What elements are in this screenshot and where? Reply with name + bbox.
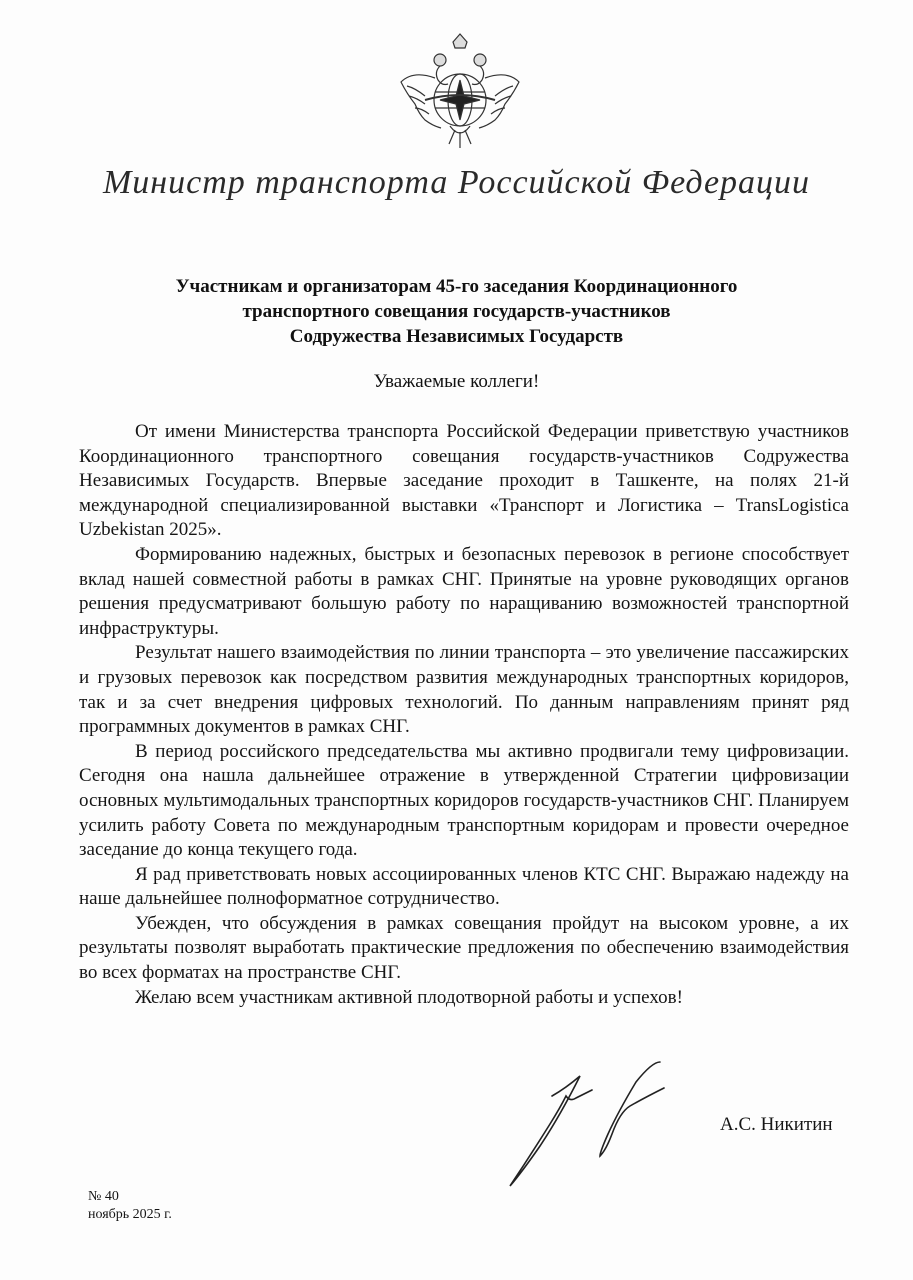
paragraph: Убежден, что обсуждения в рамках совещан… [79, 912, 849, 986]
handwritten-signature-icon [500, 1058, 670, 1188]
salutation: Уважаемые коллеги! [0, 371, 913, 393]
paragraph: Желаю всем участникам активной плодотвор… [79, 986, 849, 1011]
letter-title: Участникам и организаторам 45-го заседан… [100, 274, 813, 349]
document-date: ноябрь 2025 г. [88, 1206, 172, 1224]
document-number: № 40 [88, 1188, 172, 1206]
paragraph: В период российского председательства мы… [79, 740, 849, 863]
paragraph: Я рад приветствовать новых ассоциированн… [79, 863, 849, 912]
double-headed-eagle-emblem-icon [395, 28, 525, 158]
paragraph: Результат нашего взаимодействия по линии… [79, 641, 849, 739]
document-footer: № 40 ноябрь 2025 г. [88, 1188, 172, 1224]
title-line: Содружества Независимых Государств [100, 324, 813, 349]
title-line: Участникам и организаторам 45-го заседан… [100, 274, 813, 299]
ministry-title: Министр транспорта Российской Федерации [0, 164, 913, 202]
signer-name: А.С. Никитин [720, 1114, 833, 1136]
paragraph: От имени Министерства транспорта Российс… [79, 420, 849, 543]
title-line: транспортного совещания государств-участ… [100, 299, 813, 324]
paragraph: Формированию надежных, быстрых и безопас… [79, 543, 849, 641]
letter-body: От имени Министерства транспорта Российс… [79, 420, 849, 1010]
